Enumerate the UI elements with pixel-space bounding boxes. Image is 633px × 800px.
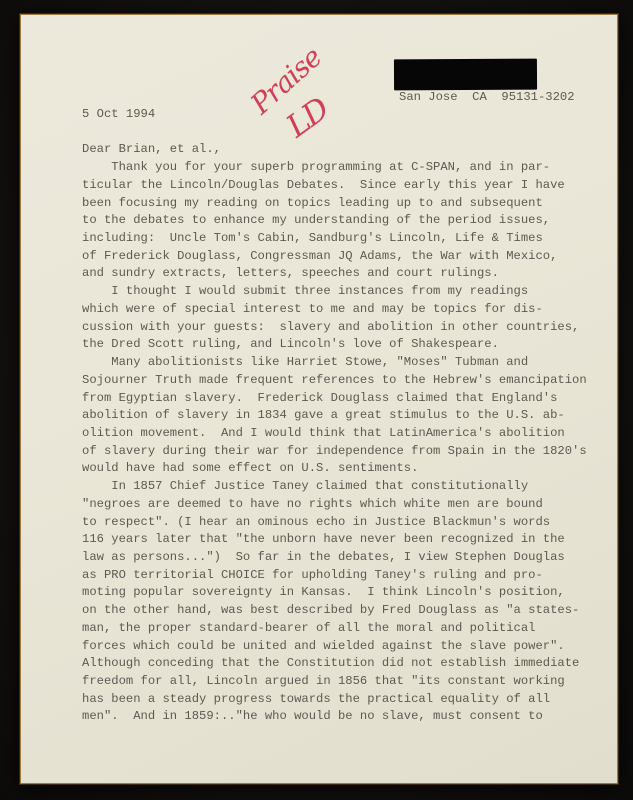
letter-line: cussion with your guests: slavery and ab… bbox=[82, 319, 587, 337]
sender-address-line: San Jose CA 95131-3202 bbox=[399, 89, 575, 107]
letter-line: including: Uncle Tom's Cabin, Sandburg's… bbox=[82, 230, 587, 248]
letter-line: abolition of slavery in 1834 gave a grea… bbox=[82, 407, 587, 425]
letter-line: has been a steady progress towards the p… bbox=[82, 691, 587, 709]
redaction-box bbox=[394, 59, 537, 91]
letter-line: 116 years later that "the unborn have ne… bbox=[82, 531, 587, 549]
letter-line: to the debates to enhance my understandi… bbox=[82, 212, 587, 230]
salutation: Dear Brian, et al., bbox=[82, 141, 587, 159]
letter-line: ticular the Lincoln/Douglas Debates. Sin… bbox=[82, 177, 587, 195]
letter-line: men". And in 1859:.."he who would be no … bbox=[82, 708, 587, 726]
letter-line: law as persons...") So far in the debate… bbox=[82, 549, 587, 567]
letter-line: Although conceding that the Constitution… bbox=[82, 655, 587, 673]
letter-line: been focusing my reading on topics leadi… bbox=[82, 195, 587, 213]
letter-line: Many abolitionists like Harriet Stowe, "… bbox=[82, 354, 587, 372]
letter-line: Sojourner Truth made frequent references… bbox=[82, 372, 587, 390]
letter-text-block: 5 Oct 1994 Dear Brian, et al., Thank you… bbox=[82, 106, 587, 726]
letter-line: to respect". (I hear an ominous echo in … bbox=[82, 514, 587, 532]
letter-body-lines: Thank you for your superb programming at… bbox=[82, 159, 587, 726]
letter-page: San Jose CA 95131-3202 Praise LD 5 Oct 1… bbox=[20, 14, 618, 784]
letter-line: as PRO territorial CHOICE for upholding … bbox=[82, 567, 587, 585]
letter-line: would have had some effect on U.S. senti… bbox=[82, 460, 587, 478]
letter-line: I thought I would submit three instances… bbox=[82, 283, 587, 301]
letter-line: of Frederick Douglass, Congressman JQ Ad… bbox=[82, 248, 587, 266]
photo-background: San Jose CA 95131-3202 Praise LD 5 Oct 1… bbox=[0, 0, 633, 800]
letter-line: of slavery during their war for independ… bbox=[82, 443, 587, 461]
letter-line: moting popular sovereignty in Kansas. I … bbox=[82, 584, 587, 602]
letter-line: man, the proper standard-bearer of all t… bbox=[82, 620, 587, 638]
letter-line: from Egyptian slavery. Frederick Douglas… bbox=[82, 390, 587, 408]
letter-line: In 1857 Chief Justice Taney claimed that… bbox=[82, 478, 587, 496]
letter-line: which were of special interest to me and… bbox=[82, 301, 587, 319]
letter-line: on the other hand, was best described by… bbox=[82, 602, 587, 620]
letter-line: and sundry extracts, letters, speeches a… bbox=[82, 265, 587, 283]
letter-line: Thank you for your superb programming at… bbox=[82, 159, 587, 177]
letter-line: olition movement. And I would think that… bbox=[82, 425, 587, 443]
letter-line: "negroes are deemed to have no rights wh… bbox=[82, 496, 587, 514]
letter-line: the Dred Scott ruling, and Lincoln's lov… bbox=[82, 336, 587, 354]
date-line: 5 Oct 1994 bbox=[82, 106, 587, 124]
letter-line: freedom for all, Lincoln argued in 1856 … bbox=[82, 673, 587, 691]
letter-line: forces which could be united and wielded… bbox=[82, 638, 587, 656]
